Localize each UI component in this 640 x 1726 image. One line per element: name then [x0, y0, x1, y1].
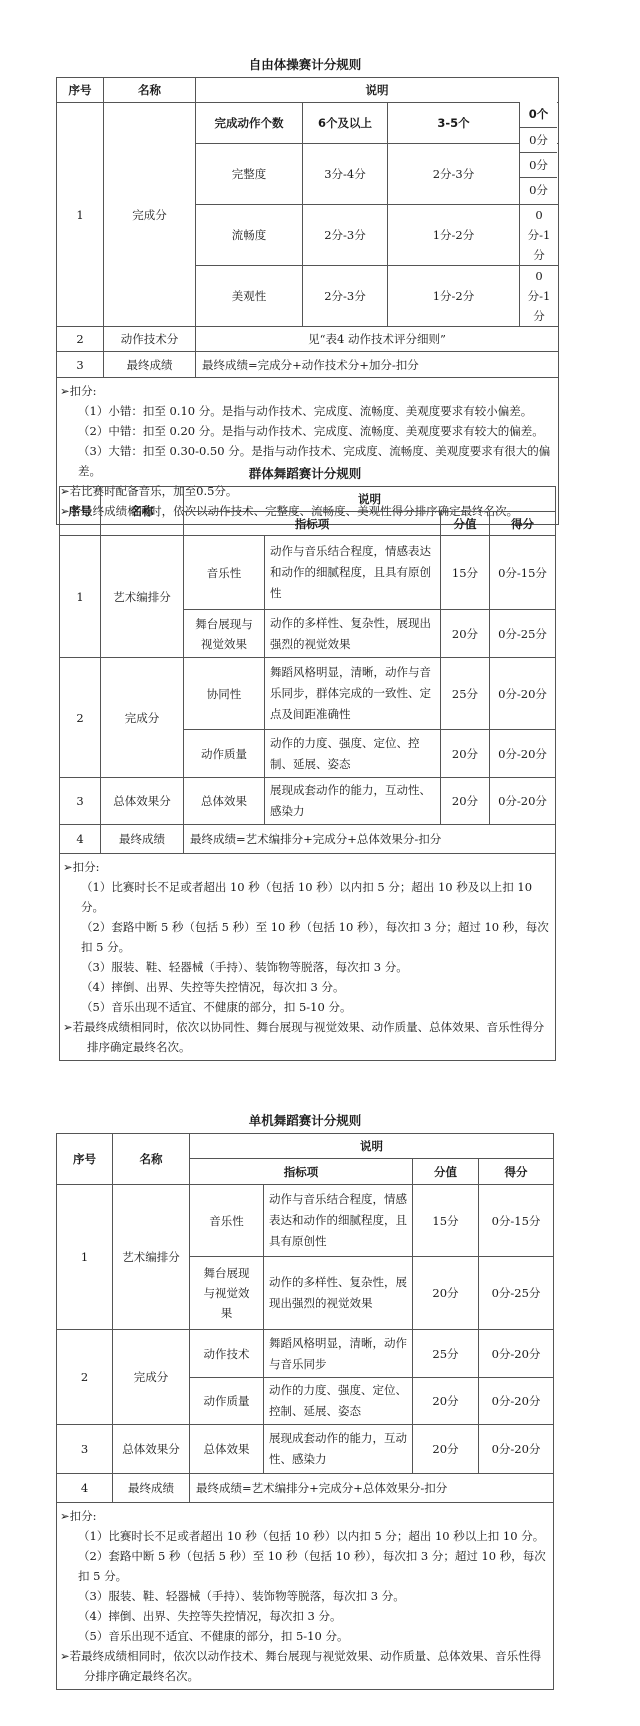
deduction-item: （4）摔倒、出界、失控等失控情况，每次扣 3 分。: [60, 1606, 549, 1626]
tiebreak-note: ➢若最终成绩相同时，依次以协同性、舞台展现与视觉效果、动作质量、总体效果、音乐性…: [63, 1017, 551, 1057]
row-name: 完成分: [101, 658, 184, 778]
score: 0分-20分: [479, 1330, 554, 1378]
deduction-item: （4）摔倒、出界、失控等失控情况，每次扣 3 分。: [63, 977, 551, 997]
indicator-desc: 舞蹈风格明显，清晰，动作与音乐同步，群体完成的一致性、定点及间距准确性: [265, 658, 441, 730]
indicator-desc: 舞蹈风格明显，清晰，动作与音乐同步: [264, 1330, 413, 1378]
score: 0分-20分: [490, 658, 556, 730]
deduction-header: ➢扣分:: [60, 381, 554, 401]
row2-desc: 见“表4 动作技术评分细则”: [196, 327, 559, 352]
score: 0分-25分: [479, 1257, 554, 1330]
notes-cell: ➢扣分: （1）比赛时长不足或者超出 10 秒（包括 10 秒）以内扣 5 分；…: [60, 854, 556, 1061]
header-no: 序号: [60, 487, 101, 536]
indicator-desc: 动作与音乐结合程度，情感表达和动作的细腻程度，且具有原创性: [265, 536, 441, 610]
row-no: 1: [57, 1185, 113, 1330]
indicator: 音乐性: [190, 1185, 264, 1257]
indicator-desc: 动作的力度、强度、定位、控制、延展、姿态: [264, 1378, 413, 1425]
subheader-6plus: 6个及以上: [303, 103, 388, 144]
score-cell: 0分: [519, 153, 557, 178]
score-cell: 1分-2分: [388, 205, 520, 266]
row-name: 总体效果分: [113, 1425, 190, 1474]
indicator: 总体效果: [190, 1425, 264, 1474]
deduction-item: （3）服装、鞋、轻器械（手持）、装饰物等脱落，每次扣 3 分。: [60, 1586, 549, 1606]
points: 20分: [413, 1425, 479, 1474]
score: 0分-20分: [479, 1378, 554, 1425]
header-desc: 说明: [184, 487, 556, 512]
points: 15分: [441, 536, 490, 610]
points: 20分: [413, 1257, 479, 1330]
indicator: 总体效果: [184, 778, 265, 825]
final-desc: 最终成绩=艺术编排分+完成分+总体效果分-扣分: [190, 1474, 554, 1503]
deduction-item: （2）中错：扣至 0.20 分。是指与动作技术、完成度、流畅度、美观度要求有较大…: [60, 421, 554, 441]
indicator: 动作质量: [184, 730, 265, 778]
deduction-header: ➢扣分:: [63, 857, 551, 877]
score: 0分-20分: [479, 1425, 554, 1474]
table-row: 2 完成分 协同性 舞蹈风格明显，清晰，动作与音乐同步，群体完成的一致性、定点及…: [60, 658, 556, 730]
row1-no: 1: [57, 103, 104, 327]
indicator-desc: 展现成套动作的能力，互动性、感染力: [265, 778, 441, 825]
row-no: 3: [60, 778, 101, 825]
score: 0分-20分: [490, 730, 556, 778]
header-points: 分值: [441, 512, 490, 536]
final-desc: 最终成绩=艺术编排分+完成分+总体效果分-扣分: [184, 825, 556, 854]
indicator: 舞台展现与视觉效果: [184, 610, 265, 658]
score-cell: 2分-3分: [303, 266, 388, 327]
header-score: 得分: [490, 512, 556, 536]
score: 0分-15分: [490, 536, 556, 610]
criterion-label: 完整度: [196, 144, 303, 205]
criterion-label: 流畅度: [196, 205, 303, 266]
row-name: 总体效果分: [101, 778, 184, 825]
score-cell: 0分: [519, 128, 557, 153]
header-desc: 说明: [196, 78, 559, 103]
table-row: 1 艺术编排分 音乐性 动作与音乐结合程度，情感表达和动作的细腻程度，且具有原创…: [60, 536, 556, 610]
header-name: 名称: [113, 1134, 190, 1185]
indicator-desc: 动作的多样性、复杂性，展现出强烈的视觉效果: [264, 1257, 413, 1330]
header-name: 名称: [104, 78, 196, 103]
table-row: 2 完成分 动作技术 舞蹈风格明显，清晰，动作与音乐同步 25分 0分-20分: [57, 1330, 554, 1378]
points: 20分: [441, 778, 490, 825]
indicator-desc: 动作的多样性、复杂性，展现出强烈的视觉效果: [265, 610, 441, 658]
points: 25分: [413, 1330, 479, 1378]
points: 15分: [413, 1185, 479, 1257]
score-cell: 2分-3分: [388, 144, 520, 205]
indicator-desc: 动作与音乐结合程度，情感表达和动作的细腻程度，且具有原创性: [264, 1185, 413, 1257]
header-name: 名称: [101, 487, 184, 536]
indicator: 舞台展现与视觉效果: [190, 1257, 264, 1330]
score-cell: 0分-1分: [520, 266, 559, 327]
subheader-3to5: 3-5个: [388, 103, 520, 144]
row2-name: 动作技术分: [104, 327, 196, 352]
group-dance-scoring-table: 序号 名称 说明 指标项 分值 得分 1 艺术编排分 音乐性 动作与音乐结合程度…: [59, 486, 556, 1061]
deduction-item: （1）比赛时长不足或者超出 10 秒（包括 10 秒）以内扣 5 分；超出 10…: [60, 1526, 549, 1546]
row-no: 1: [60, 536, 101, 658]
points: 20分: [441, 610, 490, 658]
subheader-0: 0个: [519, 102, 557, 128]
indicator-desc: 展现成套动作的能力，互动性、感染力: [264, 1425, 413, 1474]
tiebreak-note: ➢若最终成绩相同时，依次以动作技术、舞台展现与视觉效果、动作质量、总体效果、音乐…: [60, 1646, 549, 1686]
header-no: 序号: [57, 1134, 113, 1185]
deduction-item: （5）音乐出现不适宜、不健康的部分，扣 5-10 分。: [60, 1626, 549, 1646]
row-name: 完成分: [113, 1330, 190, 1425]
table-row: 3 总体效果分 总体效果 展现成套动作的能力，互动性、感染力 20分 0分-20…: [60, 778, 556, 825]
score: 0分-15分: [479, 1185, 554, 1257]
table-row: 3 总体效果分 总体效果 展现成套动作的能力，互动性、感染力 20分 0分-20…: [57, 1425, 554, 1474]
row1-name: 完成分: [104, 103, 196, 327]
row3-name: 最终成绩: [104, 352, 196, 378]
table1-title: 自由体操赛计分规则: [0, 55, 610, 73]
final-name: 最终成绩: [113, 1474, 190, 1503]
row-no: 2: [57, 1330, 113, 1425]
score-cell: 1分-2分: [388, 266, 520, 327]
points: 20分: [441, 730, 490, 778]
zero-count-column: 0个 0分 0分 0分: [519, 102, 557, 202]
points: 25分: [441, 658, 490, 730]
deduction-item: （5）音乐出现不适宜、不健康的部分，扣 5-10 分。: [63, 997, 551, 1017]
score: 0分-25分: [490, 610, 556, 658]
header-points: 分值: [413, 1159, 479, 1185]
deduction-item: （1）小错：扣至 0.10 分。是指与动作技术、完成度、流畅度、美观度要求有较小…: [60, 401, 554, 421]
indicator: 动作技术: [190, 1330, 264, 1378]
row3-desc: 最终成绩=完成分+动作技术分+加分-扣分: [196, 352, 559, 378]
criterion-label: 美观性: [196, 266, 303, 327]
score-cell: 0分-1分: [520, 205, 559, 266]
indicator-desc: 动作的力度、强度、定位、控制、延展、姿态: [265, 730, 441, 778]
score-cell: 2分-3分: [303, 205, 388, 266]
points: 20分: [413, 1378, 479, 1425]
deduction-item: （3）服装、鞋、轻器械（手持）、装饰物等脱落，每次扣 3 分。: [63, 957, 551, 977]
subheader-count: 完成动作个数: [196, 103, 303, 144]
score-cell: 0分: [519, 178, 557, 202]
header-score: 得分: [479, 1159, 554, 1185]
final-no: 4: [60, 825, 101, 854]
free-gymnastics-scoring-table: 序号 名称 说明 1 完成分 完成动作个数 6个及以上 3-5个 1-2个 0个…: [56, 77, 559, 525]
indicator: 协同性: [184, 658, 265, 730]
row3-no: 3: [57, 352, 104, 378]
solo-dance-scoring-table: 序号 名称 说明 指标项 分值 得分 1 艺术编排分 音乐性 动作与音乐结合程度…: [56, 1133, 554, 1690]
header-indicator: 指标项: [184, 512, 441, 536]
table2-title: 群体舞蹈赛计分规则: [0, 464, 610, 482]
header-indicator: 指标项: [190, 1159, 413, 1185]
deduction-item: （2）套路中断 5 秒（包括 5 秒）至 10 秒（包括 10 秒），每次扣 3…: [60, 1546, 549, 1586]
notes-cell: ➢扣分: （1）比赛时长不足或者超出 10 秒（包括 10 秒）以内扣 5 分；…: [57, 1503, 554, 1690]
final-name: 最终成绩: [101, 825, 184, 854]
final-no: 4: [57, 1474, 113, 1503]
score: 0分-20分: [490, 778, 556, 825]
deduction-header: ➢扣分:: [60, 1506, 549, 1526]
indicator: 动作质量: [190, 1378, 264, 1425]
row-no: 2: [60, 658, 101, 778]
header-no: 序号: [57, 78, 104, 103]
indicator: 音乐性: [184, 536, 265, 610]
table-row: 1 艺术编排分 音乐性 动作与音乐结合程度，情感表达和动作的细腻程度，且具有原创…: [57, 1185, 554, 1257]
score-cell: 3分-4分: [303, 144, 388, 205]
table3-title: 单机舞蹈赛计分规则: [0, 1111, 610, 1129]
deduction-item: （2）套路中断 5 秒（包括 5 秒）至 10 秒（包括 10 秒），每次扣 3…: [63, 917, 551, 957]
row-no: 3: [57, 1425, 113, 1474]
header-desc: 说明: [190, 1134, 554, 1159]
row2-no: 2: [57, 327, 104, 352]
deduction-item: （1）比赛时长不足或者超出 10 秒（包括 10 秒）以内扣 5 分；超出 10…: [63, 877, 551, 917]
row-name: 艺术编排分: [113, 1185, 190, 1330]
row-name: 艺术编排分: [101, 536, 184, 658]
